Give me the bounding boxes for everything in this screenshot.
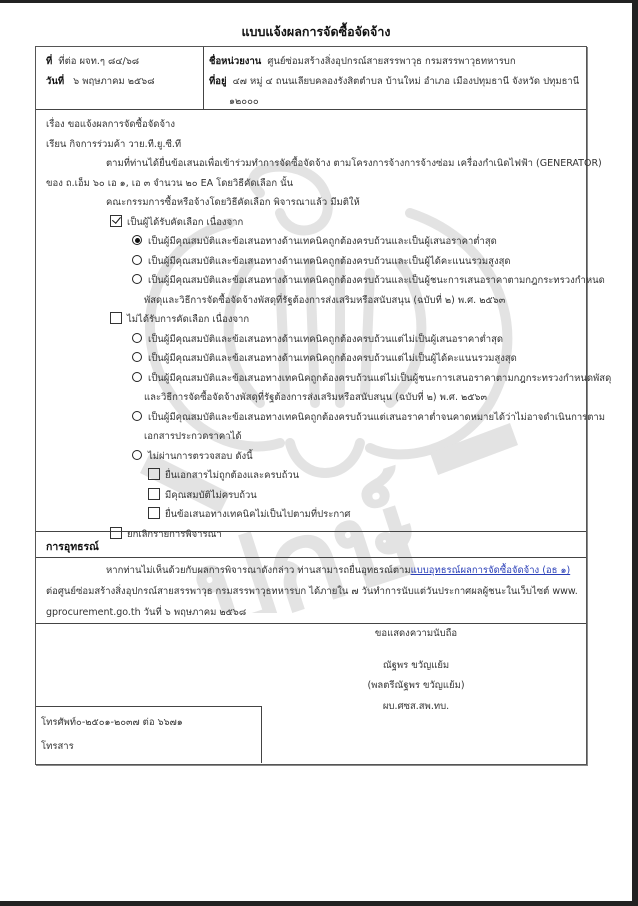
not-selected-option-3[interactable]: เป็นผู้มีคุณสมบัติและข้อเสนอทางเทคนิคถูก… <box>46 369 586 389</box>
address-line1: ๔๗ หมู่ ๔ ถนนเลียบคลองรังสิตตำบล บ้านใหม… <box>233 76 580 87</box>
paragraph-1-line-2: ของ ถ.เอ็ม ๖๐ เอ ๑, เอ ๓ จำนวน ๒๐ EA โดย… <box>46 174 586 194</box>
not-selected-checkbox[interactable]: ไม่ได้รับการคัดเลือก เนื่องจาก <box>46 310 586 330</box>
appeal-heading: การอุทธรณ์ <box>36 532 586 558</box>
ref-value: ที่ต่อ ผจท.ๆ ๘๔/๖๘ <box>58 56 139 67</box>
not-selected-option-2[interactable]: เป็นผู้มีคุณสมบัติและข้อเสนอทางด้านเทคนิ… <box>46 349 586 369</box>
contact-box: โทรศัพท์๐-๒๕๐๑-๒๐๓๗ ต่อ ๖๖๗๑ โทรสาร <box>36 706 262 763</box>
closing: ขอแสดงความนับถือ <box>326 626 506 641</box>
date-value: ๖ พฤษภาคม ๒๕๖๘ <box>73 76 154 87</box>
recipient: เรียน กิจการร่วมค้า วาย.ที.ยู.ซี.ที <box>46 135 586 155</box>
reference-cell: ที่ ที่ต่อ ผจท.ๆ ๘๔/๖๘ วันที่ ๖ พฤษภาคม … <box>36 47 204 109</box>
checkbox-checked-icon[interactable] <box>110 215 122 227</box>
appeal-line-2: ต่อศูนย์ซ่อมสร้างสิ่งอุปกรณ์สายสรรพาวุธ … <box>46 581 586 602</box>
fax: โทรสาร <box>41 735 261 759</box>
phone: โทรศัพท์๐-๒๕๐๑-๒๐๓๗ ต่อ ๖๖๗๑ <box>41 711 261 735</box>
selected-option-3-cont: พัสดุและวิธีการจัดซื้อจัดจ้างพัสดุที่รัฐ… <box>46 291 586 311</box>
agency-label: ชื่อหน่วยงาน <box>209 56 261 67</box>
sub-check-3[interactable]: ยื่นข้อเสนอทางเทคนิคไม่เป็นไปตามที่ประกา… <box>46 505 586 525</box>
ref-label: ที่ <box>46 56 52 67</box>
sub-check-1[interactable]: ยื่นเอกสารไม่ถูกต้องและครบถ้วน <box>46 466 586 486</box>
signer-name: ณัฐพร ขวัญแย้ม <box>326 658 506 673</box>
signature-section: ขอแสดงความนับถือ ณัฐพร ขวัญแย้ม (พลตรีณั… <box>36 624 586 764</box>
not-selected-option-3-cont: และวิธีการจัดซื้อจัดจ้างพัสดุที่รัฐต้องก… <box>46 388 586 408</box>
header-section: ที่ ที่ต่อ ผจท.ๆ ๘๔/๖๘ วันที่ ๖ พฤษภาคม … <box>36 47 586 110</box>
appeal-section: หากท่านไม่เห็นด้วยกับผลการพิจารณาดังกล่า… <box>36 558 586 624</box>
document-page: ปกษ์ แบบแจ้งผลการจัดซื้อจัดจ้าง ที่ ที่ต… <box>0 3 632 901</box>
paragraph-2: คณะกรรมการซื้อหรือจ้างโดยวิธีคัดเลือก พิ… <box>46 193 586 213</box>
selected-option-1[interactable]: เป็นผู้มีคุณสมบัติและข้อเสนอทางด้านเทคนิ… <box>46 232 586 252</box>
checkbox-icon[interactable] <box>148 488 160 500</box>
radio-icon[interactable] <box>132 411 142 421</box>
checkbox-icon[interactable] <box>110 312 122 324</box>
radio-selected-icon[interactable] <box>132 235 142 245</box>
not-selected-option-1[interactable]: เป็นผู้มีคุณสมบัติและข้อเสนอทางด้านเทคนิ… <box>46 330 586 350</box>
not-selected-option-4[interactable]: เป็นผู้มีคุณสมบัติและข้อเสนอทางเทคนิคถูก… <box>46 408 586 428</box>
radio-icon[interactable] <box>132 333 142 343</box>
agency-value: ศูนย์ซ่อมสร้างสิ่งอุปกรณ์สายสรรพาวุธ กรม… <box>267 56 515 67</box>
notice-form: ที่ ที่ต่อ ผจท.ๆ ๘๔/๖๘ วันที่ ๖ พฤษภาคม … <box>35 46 587 765</box>
selected-checkbox[interactable]: เป็นผู้ได้รับคัดเลือก เนื่องจาก <box>46 213 586 233</box>
agency-cell: ชื่อหน่วยงาน ศูนย์ซ่อมสร้างสิ่งอุปกรณ์สา… <box>204 47 586 109</box>
result-section: เรื่อง ขอแจ้งผลการจัดซื้อจัดจ้าง เรียน ก… <box>36 110 586 532</box>
paragraph-1-line-1: ตามที่ท่านได้ยื่นข้อเสนอเพื่อเข้าร่วมทำก… <box>46 154 586 174</box>
subject: เรื่อง ขอแจ้งผลการจัดซื้อจัดจ้าง <box>46 115 586 135</box>
checkbox-icon[interactable] <box>148 468 160 480</box>
radio-icon[interactable] <box>132 372 142 382</box>
not-selected-option-4-cont: เอกสารประกวดราคาได้ <box>46 427 586 447</box>
checkbox-icon[interactable] <box>148 507 160 519</box>
sub-check-2[interactable]: มีคุณสมบัติไม่ครบถ้วน <box>46 486 586 506</box>
signer-full-name: (พลตรีณัฐพร ขวัญแย้ม) <box>326 678 506 693</box>
date-label: วันที่ <box>46 76 64 87</box>
address-label: ที่อยู่ <box>209 76 227 87</box>
selected-option-3[interactable]: เป็นผู้มีคุณสมบัติและข้อเสนอทางด้านเทคนิ… <box>46 271 586 291</box>
radio-icon[interactable] <box>132 255 142 265</box>
radio-icon[interactable] <box>132 274 142 284</box>
not-selected-option-5[interactable]: ไม่ผ่านการตรวจสอบ ดังนี้ <box>46 447 586 467</box>
radio-icon[interactable] <box>132 352 142 362</box>
document-title: แบบแจ้งผลการจัดซื้อจัดจ้าง <box>0 22 632 42</box>
appeal-line-3: gprocurement.go.th วันที่ ๖ พฤษภาคม ๒๕๖๘ <box>46 602 586 623</box>
signer-position: ผบ.ศซส.สพ.ทบ. <box>326 699 506 714</box>
appeal-line-1: หากท่านไม่เห็นด้วยกับผลการพิจารณาดังกล่า… <box>46 560 586 581</box>
address-line2: ๑๒๐๐๐ <box>209 92 586 112</box>
appeal-form-link[interactable]: แบบอุทธรณ์ผลการจัดซื้อจัดจ้าง (อธ ๑) <box>411 565 571 576</box>
selected-option-2[interactable]: เป็นผู้มีคุณสมบัติและข้อเสนอทางด้านเทคนิ… <box>46 252 586 272</box>
radio-icon[interactable] <box>132 450 142 460</box>
